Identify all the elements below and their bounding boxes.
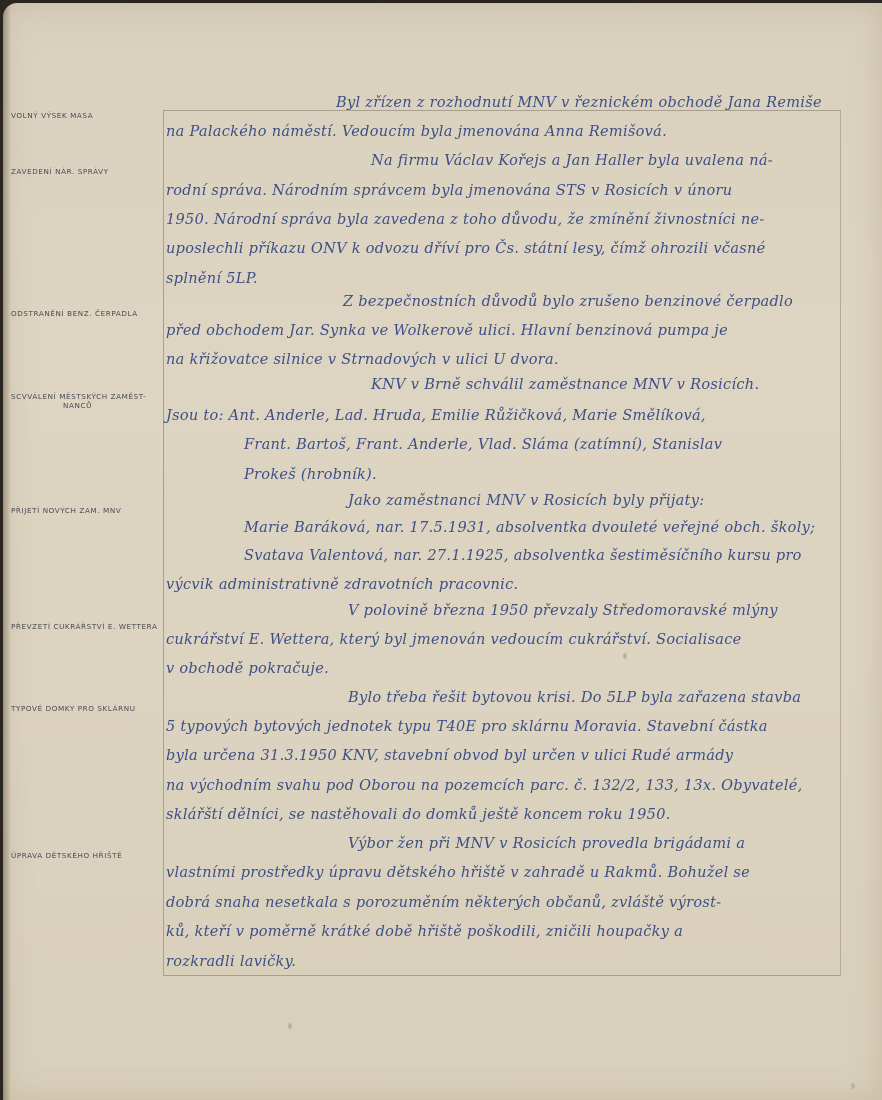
paper-speck (623, 653, 627, 659)
handwritten-line: 1950. Národní správa byla zavedena z toh… (166, 212, 765, 228)
handwritten-line: Frant. Bartoš, Frant. Anderle, Vlad. Slá… (244, 437, 722, 453)
handwritten-line: Jako zaměstnanci MNV v Rosicích byly při… (348, 493, 704, 509)
handwritten-line: v obchodě pokračuje. (166, 661, 329, 677)
handwritten-line: na východním svahu pod Oborou na pozemcí… (166, 778, 803, 794)
margin-note: Přijetí nových zam. MNV (11, 506, 159, 515)
handwritten-line: vlastními prostředky úpravu dětského hři… (166, 865, 750, 881)
handwritten-line: Svatava Valentová, nar. 27.1.1925, absol… (244, 548, 802, 564)
handwritten-line: cukrářství E. Wettera, který byl jmenová… (166, 632, 742, 648)
handwritten-line: splnění 5LP. (166, 271, 258, 287)
margin-note: Odstranění benz. čerpadla (11, 309, 159, 318)
binding-shadow (3, 3, 11, 1100)
handwritten-line: rozkradli lavičky. (166, 954, 296, 970)
handwritten-line: Marie Baráková, nar. 17.5.1931, absolven… (244, 520, 815, 536)
handwritten-line: Bylo třeba řešit bytovou krisi. Do 5LP b… (348, 690, 801, 706)
margin-note: Úprava dětského hřiště (11, 851, 159, 860)
handwritten-line: na křižovatce silnice v Strnadových v ul… (166, 352, 559, 368)
paper-speck (851, 1083, 855, 1089)
margin-note: Typové domky pro sklárnu (11, 704, 159, 713)
margin-note: Převzetí cukrářství E. Wettera (11, 622, 159, 631)
handwritten-line: 5 typových bytových jednotek typu T40E p… (166, 719, 768, 735)
handwritten-line: Výbor žen při MNV v Rosicích provedla br… (348, 836, 745, 852)
handwritten-line: Z bezpečnostních důvodů bylo zrušeno ben… (343, 294, 793, 310)
handwritten-line: před obchodem Jar. Synka ve Wolkerově ul… (166, 323, 728, 339)
margin-note: Scvválení městských zaměst-nanců (11, 392, 159, 410)
paper-speck (288, 1023, 292, 1029)
handwritten-line: Prokeš (hrobník). (244, 467, 377, 483)
handwritten-line: uposlechli příkazu ONV k odvozu dříví pr… (166, 241, 766, 257)
chronicle-page: Volný výsek masaZavedení nár. správyOdst… (3, 3, 882, 1100)
handwritten-line: Na firmu Václav Kořejs a Jan Haller byla… (371, 153, 773, 169)
handwritten-line: KNV v Brně schválil zaměstnance MNV v Ro… (371, 377, 759, 393)
margin-note: Zavedení nár. správy (11, 167, 159, 176)
handwritten-line: na Palackého náměstí. Vedoucím byla jmen… (166, 124, 667, 140)
handwritten-line: výcvik administrativně zdravotních praco… (166, 577, 518, 593)
handwritten-line: Jsou to: Ant. Anderle, Lad. Hruda, Emili… (166, 408, 706, 424)
margin-note: Volný výsek masa (11, 111, 159, 120)
handwritten-line: dobrá snaha nesetkala s porozuměním někt… (166, 895, 721, 911)
handwritten-line: ků, kteří v poměrně krátké době hřiště p… (166, 924, 683, 940)
handwritten-line: byla určena 31.3.1950 KNV, stavební obvo… (166, 748, 733, 764)
handwritten-line: sklářští dělníci, se nastěhovali do domk… (166, 807, 671, 823)
handwritten-line: V polovině března 1950 převzaly Středomo… (348, 603, 778, 619)
handwritten-line: rodní správa. Národním správcem byla jme… (166, 183, 732, 199)
handwritten-line: Byl zřízen z rozhodnutí MNV v řeznickém … (336, 95, 822, 111)
